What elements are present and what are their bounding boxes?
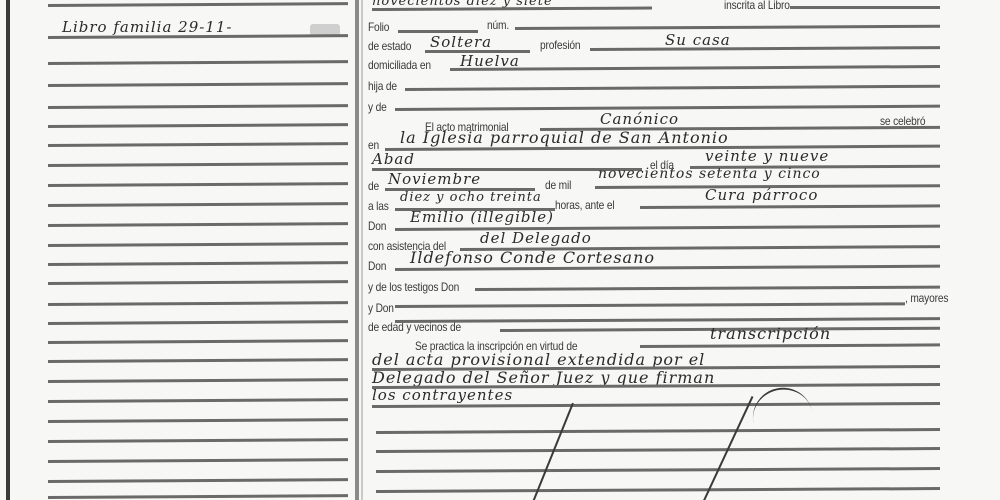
margin-line (48, 418, 348, 423)
mayores-label: , mayores (905, 291, 948, 305)
margin-line (48, 82, 348, 87)
lugar-value-cont: Abad (372, 150, 415, 168)
margin-line (48, 242, 348, 247)
don1-value: Emilio (illegible) (410, 208, 554, 226)
dia-value: veinte y nueve (705, 147, 829, 165)
anio-value: novecientos setenta y cinco (598, 166, 821, 182)
inscripcion-field (640, 343, 940, 348)
asistencia-value: del Delegado (480, 229, 592, 247)
margin-line (48, 458, 348, 463)
domicilio-label: domiciliada en (368, 58, 431, 72)
margin-line (48, 301, 348, 306)
form-line (376, 487, 940, 493)
horas-label: horas, ante el (555, 198, 614, 212)
don2-label: Don (368, 259, 386, 273)
margin-line (48, 320, 348, 325)
testigos-field-2 (395, 302, 905, 308)
margin-line (48, 34, 348, 39)
margin-line (48, 60, 348, 65)
margin-line (48, 378, 348, 383)
y-don-field (395, 317, 940, 323)
estado-value: Soltera (430, 33, 492, 51)
margin-line (48, 104, 348, 109)
profesion-label: profesión (540, 38, 580, 52)
margin-line (48, 2, 348, 7)
form-line (376, 428, 940, 434)
horas-prefix: a las (368, 199, 389, 213)
margin-line (48, 438, 348, 443)
y-don-label: y Don (368, 301, 394, 315)
page-left-border (6, 0, 10, 500)
margin-line (48, 339, 348, 344)
hija-de-label: hija de (368, 79, 397, 93)
mes-prefix: de (368, 179, 379, 193)
inscrita-label: inscrita al Libro (724, 0, 790, 12)
testigos-label: y de los testigos Don (368, 280, 459, 294)
form-line (372, 7, 652, 11)
anio-label: de mil (545, 178, 571, 192)
don1-label: Don (368, 219, 386, 233)
register-page: Libro familia 29-11- novecientos diez y … (0, 0, 1000, 500)
estado-label: de estado (368, 39, 411, 53)
profesion-value: Su casa (665, 31, 731, 49)
margin-line (48, 358, 348, 363)
mes-value: Noviembre (388, 170, 481, 188)
margin-line (48, 162, 348, 167)
margin-line (48, 182, 348, 187)
num-field (515, 25, 940, 30)
form-line (790, 6, 940, 9)
testigos-field (475, 286, 940, 291)
num-label: núm. (487, 18, 509, 32)
column-divider (355, 0, 359, 500)
inscripcion-line4: los contrayentes (372, 386, 513, 404)
margin-line (48, 398, 348, 403)
hija-de-field (405, 85, 940, 91)
inscripcion-value: transcripción (710, 324, 831, 343)
margin-line (48, 202, 348, 207)
column-divider-inner (361, 0, 363, 500)
domicilio-field (450, 65, 940, 71)
don2-value: Ildefonso Conde Cortesano (410, 248, 655, 267)
ante-value: Cura párroco (705, 186, 818, 204)
ante-field (640, 204, 940, 209)
form-line (376, 467, 940, 473)
horas-value: diez y ocho treinta (400, 190, 542, 205)
margin-line (48, 123, 348, 128)
folio-label: Folio (368, 20, 389, 34)
form-line (376, 447, 940, 453)
margin-line (48, 142, 348, 147)
margin-line (48, 222, 348, 227)
cancellation-curve (747, 382, 812, 426)
margin-line (48, 478, 348, 483)
profesion-field (590, 46, 940, 51)
margin-line (48, 494, 348, 499)
lugar-value: la Iglesia parroquial de San Antonio (400, 128, 729, 147)
margin-line (48, 261, 348, 266)
y-de-label: y de (368, 100, 387, 114)
margin-note: Libro familia 29-11- (62, 18, 232, 36)
margin-line (48, 280, 348, 285)
acto-value: Canónico (600, 110, 679, 128)
